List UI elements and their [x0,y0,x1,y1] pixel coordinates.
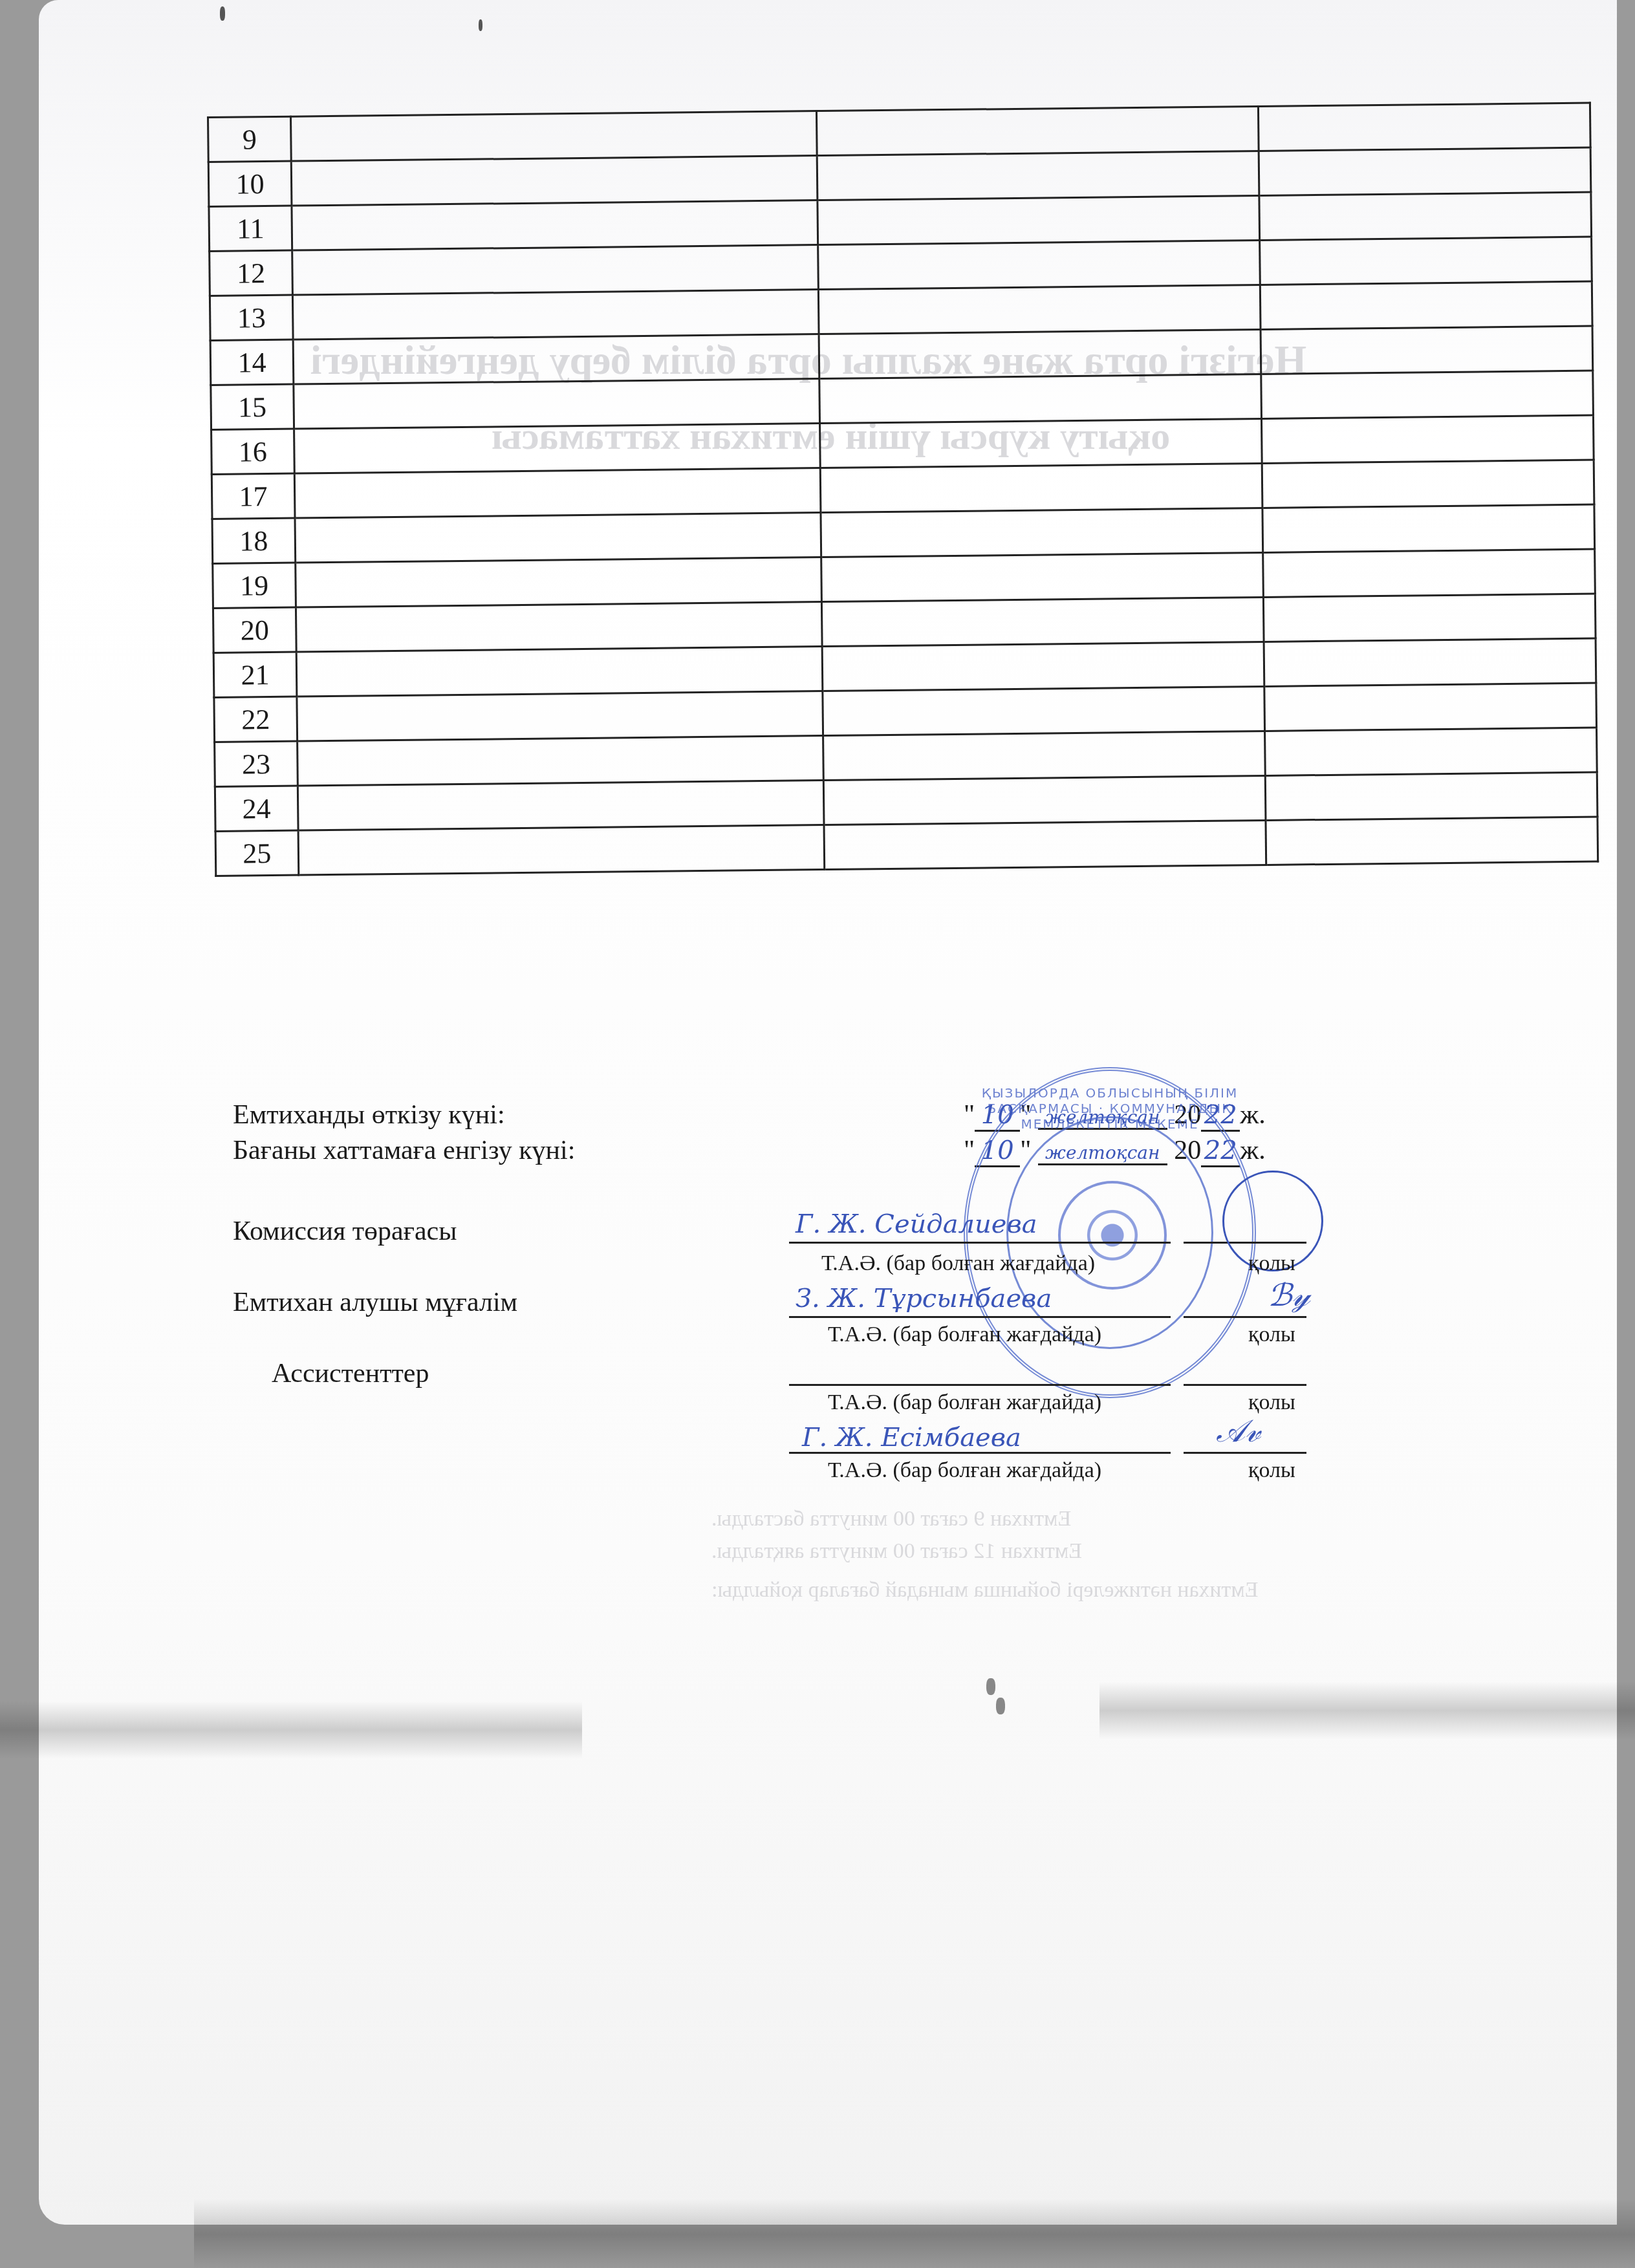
teacher-sign-line [1184,1316,1306,1318]
chair-name-line [789,1242,1171,1244]
note-cell [1266,817,1598,865]
student-name-cell [298,825,825,876]
note-cell [1262,460,1594,508]
row-number: 10 [208,161,292,206]
grade-cell [817,151,1259,200]
note-cell [1260,237,1592,285]
scan-speck [479,19,482,31]
chair-name-caption: Т.А.Ә. (бар болған жағдайда) [821,1251,1095,1276]
student-name-cell [292,290,819,340]
scan-shadow [0,1701,582,1759]
row-number: 22 [214,697,298,742]
grade-cell [816,106,1259,155]
student-name-cell [297,691,823,742]
note-cell [1261,415,1594,463]
note-cell [1265,772,1597,820]
note-cell [1264,638,1596,686]
grade-cell [823,686,1265,735]
student-name-cell [298,781,824,831]
teacher-name-line [789,1316,1171,1318]
row-number: 14 [210,340,294,385]
row-number: 12 [210,250,293,296]
assistant2-name: Г. Ж. Есімбаева [802,1423,1021,1453]
student-name-cell [292,200,818,251]
scan-speck [996,1698,1005,1714]
assistant2-name-caption: Т.А.Ә. (бар болған жағдайда) [828,1458,1101,1483]
grades-table: 910111213141516171819202122232425 [207,102,1599,877]
assistant2-sign-line [1184,1452,1306,1454]
chair-name: Г. Ж. Сейдалиева [796,1209,1037,1239]
student-name-cell [296,647,823,697]
year-suffix: ж. [1240,1136,1266,1165]
chair-label: Комиссия төрағасы [233,1216,457,1247]
student-name-cell [294,468,821,519]
assistant2-name-line [789,1452,1171,1454]
entry-date-label: Бағаны хаттамаға енгізу күні: [233,1135,575,1166]
grade-cell [818,240,1261,289]
grade-cell [822,642,1264,691]
grade-cell [820,418,1262,468]
row-number: 25 [215,830,299,876]
student-name-cell [295,513,821,563]
chair-sign-caption: қолы [1248,1251,1295,1276]
row-number: 9 [208,116,292,162]
bleed-through-text: Емтихан 12 сағат 00 минутта аяқталды. [711,1539,1082,1564]
student-name-cell [296,557,822,608]
grade-cell [823,731,1266,780]
note-cell [1260,281,1592,329]
assistant1-name-line [789,1384,1171,1386]
student-name-cell [292,245,819,296]
grade-cell [817,195,1260,244]
teacher-signature-icon: ℬ𝓎 [1268,1277,1310,1314]
student-name-cell [291,156,817,206]
row-number: 18 [212,518,296,563]
row-number: 23 [215,741,298,786]
grade-cell [821,508,1263,557]
row-number: 11 [209,206,292,251]
note-cell [1263,549,1596,597]
row-number: 16 [211,429,295,474]
grade-cell [824,820,1266,869]
scan-speck [986,1678,995,1695]
grade-cell [818,285,1261,334]
row-number: 15 [211,384,294,429]
assistant1-name-caption: Т.А.Ә. (бар болған жағдайда) [828,1390,1101,1415]
row-number: 19 [213,563,296,608]
row-number: 21 [213,652,297,697]
student-name-cell [291,111,817,162]
student-name-cell [294,424,821,474]
teacher-name-caption: Т.А.Ә. (бар болған жағдайда) [828,1323,1101,1347]
scan-speck [220,6,225,21]
exam-date-label: Емтиханды өткізу күні: [233,1099,505,1130]
scan-shadow [1099,1681,1635,1740]
assistants-label: Ассистенттер [272,1358,429,1389]
student-name-cell [294,379,820,429]
note-cell [1265,728,1597,775]
student-name-cell [296,602,822,653]
scan-shadow [194,2199,1635,2268]
note-cell [1261,371,1594,418]
note-cell [1262,504,1595,552]
note-cell [1258,103,1590,151]
assistant1-sign-line [1184,1384,1306,1386]
teacher-sign-caption: қолы [1248,1323,1295,1347]
teacher-label: Емтихан алушы мұғалім [233,1287,517,1318]
grade-cell [821,597,1264,646]
student-name-cell [298,736,824,786]
note-cell [1264,683,1597,731]
grade-cell [819,374,1262,423]
note-cell [1261,326,1593,374]
note-cell [1263,594,1596,642]
assistant1-sign-caption: қолы [1248,1390,1295,1415]
note-cell [1259,192,1592,240]
row-number: 17 [211,473,295,519]
grade-cell [823,775,1266,825]
bleed-through-text: Емтихан нәтижелері бойынша мынадай бағал… [711,1578,1259,1603]
note-cell [1259,147,1591,195]
row-number: 24 [215,786,298,831]
grade-cell [819,329,1261,378]
assistant2-signature-icon: 𝒜𝓋 [1216,1413,1261,1450]
row-number: 13 [210,295,293,340]
row-number: 20 [213,607,296,653]
grade-cell [820,463,1262,512]
teacher-name: З. Ж. Тұрсынбаева [796,1284,1052,1313]
bleed-through-text: Емтихан 9 сағат 00 минутта басталды. [711,1507,1071,1531]
assistant2-sign-caption: қолы [1248,1458,1295,1483]
student-name-cell [293,334,819,385]
grade-cell [821,552,1264,601]
